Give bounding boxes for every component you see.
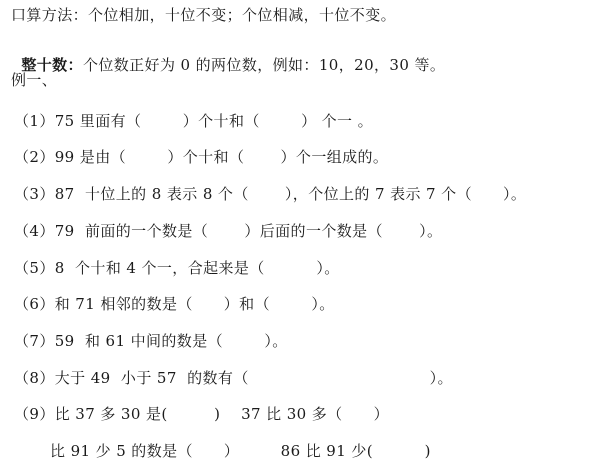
whole-tens-text: 个位数正好为 0 的两位数，例如：10，20，30 等。 (83, 56, 445, 74)
question-4: （4）79 前面的一个数是（ ）后面的一个数是（ ）。 (14, 221, 442, 241)
question-9a: （9）比 37 多 30 是( ) 37 比 30 多（ ） (14, 404, 389, 424)
question-2: （2）99 是由（ ）个十和（ ）个一组成的。 (14, 147, 388, 167)
question-3: （3）87 十位上的 8 表示 8 个（ ），个位上的 7 表示 7 个（ ）。 (14, 184, 526, 204)
question-9b: 比 91 少 5 的数是（ ） 86 比 91 少( ) (50, 441, 431, 461)
question-5: （5）8 个十和 4 个一，合起来是（ ）。 (14, 258, 340, 278)
whole-tens-definition: 整十数：个位数正好为 0 的两位数，例如：10，20，30 等。 (11, 35, 445, 75)
question-8: （8）大于 49 小于 57 的数有（ ）。 (14, 368, 453, 388)
question-1: （1）75 里面有（ ）个十和（ ） 个一 。 (14, 111, 373, 131)
method-line: 口算方法：个位相加，十位不变；个位相减，十位不变。 (11, 5, 396, 25)
question-6: （6）和 71 相邻的数是（ ）和（ ）。 (14, 294, 335, 314)
question-7: （7）59 和 61 中间的数是（ ）。 (14, 331, 288, 351)
example-heading: 例一、 (11, 70, 57, 90)
